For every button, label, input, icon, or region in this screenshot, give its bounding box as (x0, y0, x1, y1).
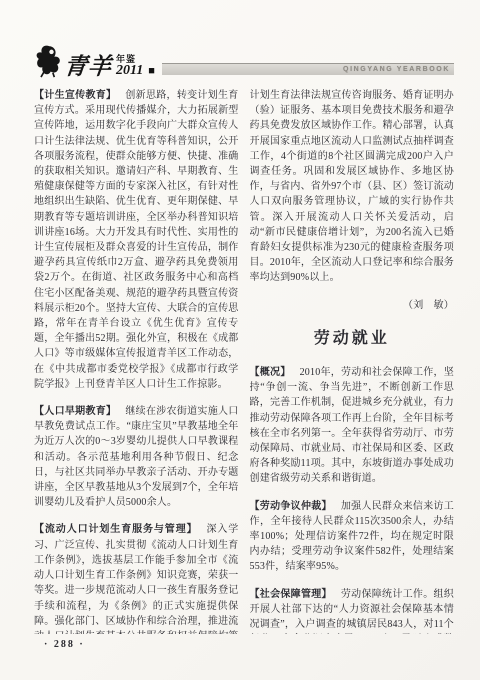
header-banner: QINGYANG YEARBOOK (162, 63, 454, 75)
entry-text: 2010年，劳动和社会保障工作，坚持“争创一流、争当先进”，不断创新工作思路，完… (250, 367, 455, 484)
author-attribution: （刘 敏） (250, 298, 455, 313)
entry-label: 【劳动争议仲裁】 (250, 501, 332, 512)
logo-square-mark: ■ (148, 66, 155, 77)
logo-title-script: 青羊 (63, 55, 113, 78)
entry-laodong-zhengyi: 【劳动争议仲裁】加强人民群众来信来访工作，全年接待人民群众115次3500余人，… (250, 499, 455, 575)
entry-text: 深入学习、广泛宣传、扎实贯彻《流动人口计划生育工作条例》，选拔基层工作能手参加全… (34, 524, 239, 634)
page-number: · 288 · (44, 639, 85, 650)
banner-title: QINGYANG YEARBOOK (343, 66, 454, 73)
yearbook-page: QINGYANG YEARBOOK 青羊 年鉴 2011 ■ 【计生宣传教育】创… (0, 0, 480, 680)
entry-label: 【概况】 (250, 367, 291, 378)
continuation-paragraph: 计划生育法律法规宣传咨询服务、婚育证明办（验）证服务、基本项目免费技术服务和避孕… (250, 88, 455, 286)
left-column: 【计生宣传教育】创新思路，转变计划生育宣传方式。采用现代传播媒介，大力拓展新型宣… (34, 88, 239, 634)
entry-label: 【社会保障管理】 (250, 589, 332, 600)
entry-text: 继续在涉农街道实施人口早教免费试点工作。“康庄宝贝”早教基地全年为近万人次的0～… (34, 406, 239, 508)
entry-shehui-baozhang: 【社会保障管理】劳动保障统计工作。组织开展人社部下达的“人力资源社会保障基本情况… (250, 587, 455, 634)
entry-label: 【人口早期教育】 (34, 406, 116, 417)
entry-gaikuang: 【概况】2010年，劳动和社会保障工作，坚持“争创一流、争当先进”，不断创新工作… (250, 365, 455, 487)
text-columns: 【计生宣传教育】创新思路，转变计划生育宣传方式。采用现代传播媒介，大力拓展新型宣… (34, 88, 454, 634)
goat-calligraphy-icon (34, 44, 62, 78)
entry-liudong-renkou: 【流动人口计划生育服务与管理】深入学习、广泛宣传、扎实贯彻《流动人口计划生育工作… (34, 522, 239, 634)
logo-stack: 年鉴 2011 (116, 55, 143, 78)
entry-renkou-zaojiao: 【人口早期教育】继续在涉农街道实施人口早教免费试点工作。“康庄宝贝”早教基地全年… (34, 404, 239, 510)
right-column: 计划生育法律法规宣传咨询服务、婚育证明办（验）证服务、基本项目免费技术服务和避孕… (250, 88, 455, 634)
entry-text: 创新思路，转变计划生育宣传方式。采用现代传播媒介，大力拓展新型宣传阵地，运用数字… (34, 90, 239, 390)
entry-label: 【计生宣传教育】 (34, 90, 116, 101)
section-heading-laodong-jiuye: 劳动就业 (250, 329, 455, 348)
page-header: QINGYANG YEARBOOK 青羊 年鉴 2011 ■ (34, 42, 454, 78)
entry-jisheng-xuanchuan: 【计生宣传教育】创新思路，转变计划生育宣传方式。采用现代传播媒介，大力拓展新型宣… (34, 88, 239, 392)
logo-year: 2011 (116, 64, 143, 78)
entry-text: 计划生育法律法规宣传咨询服务、婚育证明办（验）证服务、基本项目免费技术服务和避孕… (250, 90, 455, 283)
entry-label: 【流动人口计划生育服务与管理】 (34, 524, 198, 535)
yearbook-logo: 青羊 年鉴 2011 ■ (34, 44, 155, 78)
